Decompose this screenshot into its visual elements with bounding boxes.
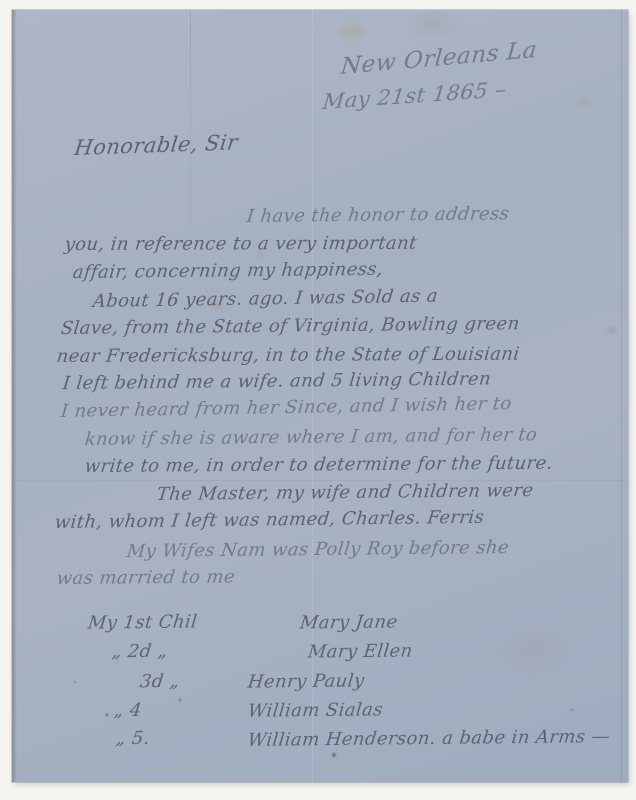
letter-line: know if she is aware where I am, and for… [84,424,539,450]
place-line: New Orleans La [340,37,538,80]
child-name: Mary Jane [299,611,399,633]
child-name: Henry Pauly [247,670,366,692]
letter-line: Slave, from the State of Virginia, Bowli… [60,313,521,339]
child-row: My 1st Chil Mary Jane [12,612,628,638]
child-ordinal: „ 5. [115,728,151,749]
letter-line: write to me, in order to determine for t… [84,453,555,477]
child-ordinal: „ 2d „ [111,641,169,663]
child-ordinal: „ 4 [113,700,143,721]
salutation: Honorable, Sir [73,130,239,160]
child-ordinal: 3d „ [139,671,181,692]
child-row: „ 5. William Henderson. a babe in Arms — [12,728,628,754]
letter-line: was married to me [56,566,237,589]
letter-line: About 16 years. ago. I was Sold as a [92,286,439,312]
letter-line: The Master, my wife and Children were [156,480,535,505]
letter-paper: New Orleans La May 21st 1865 – Honorable… [12,10,628,782]
scan-background: New Orleans La May 21st 1865 – Honorable… [0,0,636,800]
letter-line: I left behind me a wife. and 5 living Ch… [62,369,493,394]
letter-line: affair, concerning my happiness, [72,259,385,283]
letter-line: near Fredericksburg, in to the State of … [56,344,521,367]
child-name: William Sialas [247,699,384,721]
child-name: William Henderson. a babe in Arms — [247,726,612,751]
child-ordinal: My 1st Chil [87,611,199,633]
letter-line: I have the honor to address [246,203,511,227]
date-line: May 21st 1865 – [321,77,507,114]
child-row: 3d „ Henry Pauly [12,671,628,697]
letter-line: My Wifes Nam was Polly Roy before she [126,537,511,562]
letter-line: I never heard from her Since, and I wish… [60,393,513,422]
child-row: „ 4 William Sialas [12,700,628,726]
child-name: Mary Ellen [307,640,414,662]
letter-line: you, in reference to a very important [63,233,418,255]
child-row: „ 2d „ Mary Ellen [12,641,628,667]
fold-crease-horizontal [12,480,628,481]
letter-line: with, whom I left was named, Charles. Fe… [54,507,486,533]
